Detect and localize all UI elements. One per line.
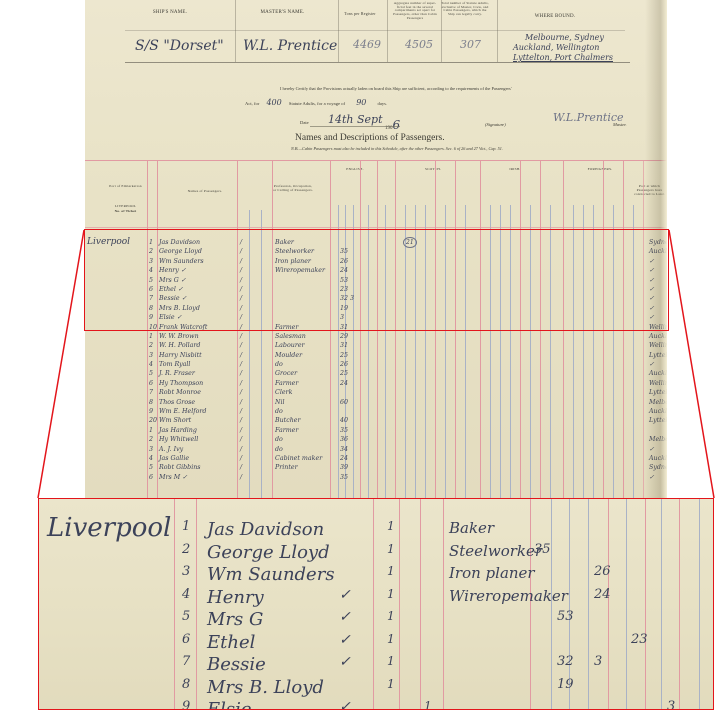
overview-row-destination: ✓ [649, 285, 654, 294]
where-bound-line3: Lyttelton, Port Chalmers [513, 53, 613, 62]
group-foreigners: FOREIGNERS. [570, 168, 630, 172]
inset-row-name: Bessie [207, 654, 266, 675]
overview-row-count: / [240, 294, 242, 303]
overview-row-occupation: do [275, 360, 283, 369]
overview-row-destination: ✓ [649, 445, 654, 454]
overview-row-number: 6 [149, 473, 153, 482]
overview-row-count: / [240, 369, 242, 378]
overview-row: 4Jas Gallie/Cabinet maker24Auckland [147, 454, 667, 463]
overview-row-number: 8 [149, 398, 153, 407]
overview-row-count: / [240, 454, 242, 463]
space-label: Aggregate number of super- ficial feet i… [390, 2, 440, 20]
overview-row-name: Jas Gallie [159, 454, 189, 463]
overview-row-destination: Lyttelton [649, 388, 667, 397]
port-landed-label: Port at which Passengers have contracted… [632, 185, 667, 197]
overview-row-age: 26 [340, 360, 348, 369]
inset-row-count: 1 [387, 542, 395, 556]
signature-label: (Signature) [485, 122, 506, 127]
overview-row-age: 60 [340, 398, 348, 407]
overview-row-destination: Lyttelton [649, 351, 667, 360]
cabin-note: N.B.—Cabin Passengers must also be inclu… [291, 146, 503, 151]
overview-row: 9Wm E. Helford/doAuckland [147, 407, 667, 416]
overview-row: 1Jas Harding/Farmer35 [147, 426, 667, 435]
overview-row-count: / [240, 285, 242, 294]
overview-row-count: / [240, 351, 242, 360]
overview-row-count: / [240, 323, 242, 332]
inset-row-name: Wm Saunders [207, 564, 335, 585]
overview-row-occupation: Nil [275, 398, 285, 407]
overview-row-count: / [240, 398, 242, 407]
overview-row-destination: ✓ [649, 473, 654, 482]
overview-row-age: 3 [340, 313, 344, 322]
overview-row-count: / [240, 304, 242, 313]
overview-row-destination: ✓ [649, 313, 654, 322]
inset-row-age-married: 19 [557, 677, 574, 692]
inset-row-age-children: 23 [631, 632, 648, 647]
overview-row-name: Bessie ✓ [159, 294, 187, 303]
overview-row-number: 20 [149, 416, 157, 425]
overview-row-name: Ethel ✓ [159, 285, 183, 294]
where-bound-label: WHERE BOUND. [505, 14, 605, 20]
overview-row-destination: Auckland [649, 454, 667, 463]
overview-row-age: 24 [340, 454, 348, 463]
overview-row-count: / [240, 276, 242, 285]
overview-row-age: 23 [340, 285, 348, 294]
inset-row-name: Mrs G [207, 609, 263, 630]
overview-row-age: 26 [340, 257, 348, 266]
overview-row-number: 9 [149, 407, 153, 416]
overview-row: 5Robt Gibbins/Printer39Sydney [147, 463, 667, 472]
inset-row-count: 1 [387, 587, 395, 601]
ticket-label: No. of Ticket [103, 210, 148, 214]
overview-row-count: / [240, 426, 242, 435]
tons-label: Tons per Register [340, 12, 380, 16]
masters-name-value: W.L. Prentice [243, 38, 337, 54]
overview-row-destination: Lyttelton [649, 416, 667, 425]
overview-row-destination: ✓ [649, 257, 654, 266]
overview-row-name: Harry Nisbitt [159, 351, 202, 360]
overview-row-name: Jas Harding [159, 426, 197, 435]
date-value: 14th Sept [328, 113, 383, 126]
inset-row-occupation: Steelworker [449, 542, 542, 560]
inset-row-tick: ✓ [339, 632, 351, 648]
overview-row-number: 6 [149, 379, 153, 388]
overview-row-number: 5 [149, 276, 153, 285]
inset-port: Liverpool [47, 513, 171, 543]
overview-row: 2W. H. Pollard/Labourer31Wellington [147, 341, 667, 350]
overview-row-destination: Auckland [649, 332, 667, 341]
overview-row-count: / [240, 445, 242, 454]
inset-row-number: 7 [182, 654, 190, 669]
overview-row-destination: Wellington [649, 341, 667, 350]
overview-row-occupation: Wireropemaker [275, 266, 325, 275]
inset-row-tick: ✓ [339, 699, 351, 710]
overview-row-age: 53 [340, 276, 348, 285]
adults-label: Total number of Statute Adults, exclusiv… [440, 2, 490, 17]
overview-row-name: W. W. Brown [159, 332, 199, 341]
port-label: Port of Embarkation [103, 185, 148, 189]
voyage-days-value: 90 [356, 98, 366, 107]
overview-row: 4Henry ✓/Wireropemaker24✓ [147, 266, 667, 275]
inset-row-number: 3 [182, 564, 190, 579]
statute-adults-value: 400 [266, 98, 281, 107]
overview-row-destination: Sydney [649, 463, 667, 472]
overview-row-destination: Wellington [649, 323, 667, 332]
overview-row-number: 7 [149, 388, 153, 397]
inset-row-number: 2 [182, 542, 190, 557]
overview-row-number: 6 [149, 285, 153, 294]
inset-row-count: 1 [387, 609, 395, 623]
overview-row-destination: Auckland [649, 407, 667, 416]
inset-row-age-married: 32 [557, 654, 574, 669]
overview-row-occupation: Iron planer [275, 257, 311, 266]
overview-row-number: 2 [149, 247, 153, 256]
space-value: 4505 [405, 38, 433, 51]
overview-row-name: Mrs G ✓ [159, 276, 186, 285]
overview-row-destination: ✓ [649, 294, 654, 303]
overview-row-age: 35 [340, 473, 348, 482]
overview-row-name: Mrs M ✓ [159, 473, 187, 482]
overview-row: 2Hy Whitwell/do36Melbourne [147, 435, 667, 444]
overview-row-name: Hy Whitwell [159, 435, 198, 444]
overview-row-name: Wm Short [159, 416, 191, 425]
overview-row-occupation: Butcher [275, 416, 301, 425]
overview-row-count: / [240, 341, 242, 350]
overview-row-number: 5 [149, 369, 153, 378]
overview-row-occupation: Cabinet maker [275, 454, 322, 463]
overview-row-count: / [240, 388, 242, 397]
inset-row-tick: ✓ [339, 587, 351, 603]
overview-row: 3Wm Saunders/Iron planer26✓ [147, 257, 667, 266]
overview-row-age: 39 [340, 463, 348, 472]
overview-row-number: 3 [149, 445, 153, 454]
overview-row: 8Thos Grose/Nil60Melbourne [147, 398, 667, 407]
overview-row-age: 34 [340, 445, 348, 454]
overview-row-count: / [240, 463, 242, 472]
overview-row-name: Frank Watcroft [159, 323, 207, 332]
overview-row-age: 29 [340, 332, 348, 341]
overview-row-occupation: do [275, 445, 283, 454]
inset-row-number: 8 [182, 677, 190, 692]
overview-row-age: 31 [340, 341, 348, 350]
overview-row-age: 32 3 [340, 294, 354, 303]
inset-row-count: 1 [387, 632, 395, 646]
overview-row-number: 2 [149, 341, 153, 350]
overview-row-name: Elsie ✓ [159, 313, 182, 322]
overview-row-destination: ✓ [649, 360, 654, 369]
inset-row-number: 5 [182, 609, 190, 624]
overview-row-occupation: Steelworker [275, 247, 314, 256]
inset-row-age-married: 35 [534, 542, 551, 557]
inset-row-tick: ✓ [339, 654, 351, 670]
overview-row-number: 8 [149, 304, 153, 313]
overview-row-number: 3 [149, 351, 153, 360]
overview-row-number: 7 [149, 294, 153, 303]
overview-row-occupation: Moulder [275, 351, 302, 360]
inset-row-name: Elsie [207, 699, 252, 710]
overview-row-count: / [240, 257, 242, 266]
ships-name-value: S/S "Dorset" [135, 38, 224, 54]
masters-name-label: MASTER'S NAME. [235, 10, 330, 16]
overview-row-count: / [240, 416, 242, 425]
overview-row-destination: Sydney [649, 238, 667, 247]
overview-row-count: / [240, 473, 242, 482]
overview-row: 2George Lloyd/Steelworker35Auckland [147, 247, 667, 256]
inset-row-number: 4 [182, 587, 190, 602]
overview-row-occupation: Salesman [275, 332, 306, 341]
overview-row: 5Mrs G ✓/53✓ [147, 276, 667, 285]
group-scotch: SCOTCH. [403, 168, 463, 172]
overview-row-destination: Auckland [649, 247, 667, 256]
overview-row-count: / [240, 360, 242, 369]
inset-row-count: 1 [387, 677, 395, 691]
inset-row-name: Jas Davidson [207, 519, 324, 540]
overview-row-age: 36 [340, 435, 348, 444]
certificate-line2: Act, for 400 Statute Adults, for a voyag… [245, 98, 387, 107]
inset-row-number: 6 [182, 632, 190, 647]
inset-row-count: 1 [387, 564, 395, 578]
overview-row-name: Henry ✓ [159, 266, 186, 275]
overview-row-destination: Wellington [649, 379, 667, 388]
overview-row: 1W. W. Brown/Salesman29Auckland [147, 332, 667, 341]
overview-row-number: 4 [149, 360, 153, 369]
page-title: Names and Descriptions of Passengers. [295, 133, 445, 143]
overview-row-name: W. H. Pollard [159, 341, 200, 350]
overview-row-count: / [240, 266, 242, 275]
group-irish: IRISH. [485, 168, 545, 172]
overview-row: 7Bessie ✓/32 3✓ [147, 294, 667, 303]
overview-row-number: 1 [149, 238, 153, 247]
overview-row-destination: ✓ [649, 276, 654, 285]
where-bound-line1: Melbourne, Sydney [525, 33, 604, 42]
inset-row-age-single: 24 [594, 587, 611, 602]
overview-row-occupation: Clerk [275, 388, 292, 397]
overview-row-name: Jas Davidson [159, 238, 200, 247]
overview-row: 20Wm Short/Butcher40Lyttelton [147, 416, 667, 425]
inset-row-number: 9 [182, 699, 190, 710]
group-english: ENGLISH. [325, 168, 385, 172]
overview-row-age: 35 [340, 247, 348, 256]
overview-row-name: A. J. Ivy [159, 445, 183, 454]
overview-row-number: 3 [149, 257, 153, 266]
overview-row-occupation: Printer [275, 463, 298, 472]
overview-row-count: / [240, 379, 242, 388]
inset-row-occupation: Wireropemaker [449, 587, 568, 605]
inset-row-count: 1 [387, 519, 395, 533]
overview-row: 9Elsie ✓/3✓ [147, 313, 667, 322]
overview-row-occupation: Labourer [275, 341, 305, 350]
overview-row-count: / [240, 332, 242, 341]
overview-row: 10Frank Watcroft/Farmer31Wellington [147, 323, 667, 332]
overview-row-age: 24 [340, 266, 348, 275]
overview-row-name: Wm E. Helford [159, 407, 206, 416]
overview-row-name: Robt Gibbins [159, 463, 201, 472]
adults-value: 307 [460, 38, 481, 51]
overview-row: 3Harry Nisbitt/Moulder25Lyttelton [147, 351, 667, 360]
overview-row-name: Tom Ryall [159, 360, 190, 369]
inset-row-number: 1 [182, 519, 190, 534]
overview-row-name: Mrs B. Lloyd [159, 304, 200, 313]
overview-row-list: 1Jas Davidson/BakerSydney2George Lloyd/S… [147, 238, 667, 482]
overview-row-age: 25 [340, 369, 348, 378]
overview-row-number: 1 [149, 426, 153, 435]
overview-row-count: / [240, 407, 242, 416]
overview-row: 7Robt Monroe/ClerkLyttelton [147, 388, 667, 397]
inset-row-name: Henry [207, 587, 264, 608]
overview-row-occupation: Farmer [275, 379, 298, 388]
overview-row: 6Mrs M ✓/35✓ [147, 473, 667, 482]
overview-row-name: Hy Thompson [159, 379, 203, 388]
overview-row-age: 31 [340, 323, 348, 332]
certificate-line1: I hereby Certify that the Provisions act… [280, 86, 512, 91]
overview-row: 8Mrs B. Lloyd/19✓ [147, 304, 667, 313]
inset-row-name: Mrs B. Lloyd [207, 677, 324, 698]
overview-row-occupation: do [275, 435, 283, 444]
overview-row-name: Robt Monroe [159, 388, 201, 397]
overview-row-number: 5 [149, 463, 153, 472]
overview-row-name: Thos Grose [159, 398, 195, 407]
overview-row-age: 19 [340, 304, 348, 313]
inset-row-name: Ethel [207, 632, 255, 653]
overview-row-count: / [240, 435, 242, 444]
inset-row-occupation: Iron planer [449, 564, 535, 582]
port-of-embarkation: Liverpool [87, 237, 130, 247]
inset-row-count: 1 [387, 654, 395, 668]
inset-row-age-single: 3 [594, 654, 602, 669]
overview-row-number: 4 [149, 266, 153, 275]
overview-row-number: 1 [149, 332, 153, 341]
overview-row-occupation: Baker [275, 238, 294, 247]
overview-row-age: 35 [340, 426, 348, 435]
inset-row-tick: ✓ [339, 609, 351, 625]
overview-row-number: 9 [149, 313, 153, 322]
overview-row-name: Wm Saunders [159, 257, 204, 266]
overview-row-number: 2 [149, 435, 153, 444]
inset-row-count: 1 [424, 699, 432, 710]
overview-row: 6Ethel ✓/23✓ [147, 285, 667, 294]
overview-row-count: / [240, 238, 242, 247]
zoomed-inset: Liverpool 1Jas Davidson1Baker2George Llo… [38, 498, 714, 710]
overview-row-age: 40 [340, 416, 348, 425]
overview-row-destination: ✓ [649, 304, 654, 313]
overview-row-destination: ✓ [649, 266, 654, 275]
overview-row-number: 10 [149, 323, 157, 332]
overview-row-count: / [240, 247, 242, 256]
profession-label: Profession, Occupation, or Calling of Pa… [273, 185, 313, 193]
overview-row: 5J. R. Fraser/Grocer25Auckland [147, 369, 667, 378]
overview-row-count: / [240, 313, 242, 322]
overview-row-destination: Melbourne [649, 398, 667, 407]
overview-row: 6Hy Thompson/Farmer24Wellington [147, 379, 667, 388]
date-label: Date [300, 120, 309, 125]
overview-row-destination: Auckland [649, 369, 667, 378]
overview-row-number: 4 [149, 454, 153, 463]
inset-row-age-single: 26 [594, 564, 611, 579]
ships-name-label: SHIP'S NAME. [125, 10, 215, 16]
inset-row-age-married: 53 [557, 609, 574, 624]
overview-row-age: 25 [340, 351, 348, 360]
inset-row-name: George Lloyd [207, 542, 330, 563]
passenger-list-scan: SHIP'S NAME. MASTER'S NAME. Tons per Reg… [85, 0, 667, 498]
overview-row-occupation: Farmer [275, 323, 298, 332]
overview-row-destination: Melbourne [649, 435, 667, 444]
overview-row-occupation: do [275, 407, 283, 416]
year-value: 1906 [385, 118, 400, 132]
circled-mark: 21 [403, 237, 417, 248]
overview-row-age: 24 [340, 379, 348, 388]
tons-value: 4469 [353, 38, 381, 51]
overview-row-occupation: Grocer [275, 369, 297, 378]
where-bound-line2: Auckland, Wellington [513, 43, 599, 52]
overview-row: 4Tom Ryall/do26✓ [147, 360, 667, 369]
inset-row-infant: 3 [667, 699, 675, 710]
overview-row-name: George Lloyd [159, 247, 202, 256]
inset-row-occupation: Baker [449, 519, 494, 537]
overview-row: 3A. J. Ivy/do34✓ [147, 445, 667, 454]
overview-row-name: J. R. Fraser [159, 369, 195, 378]
overview-row-occupation: Farmer [275, 426, 298, 435]
master-label: Master. [613, 122, 627, 127]
